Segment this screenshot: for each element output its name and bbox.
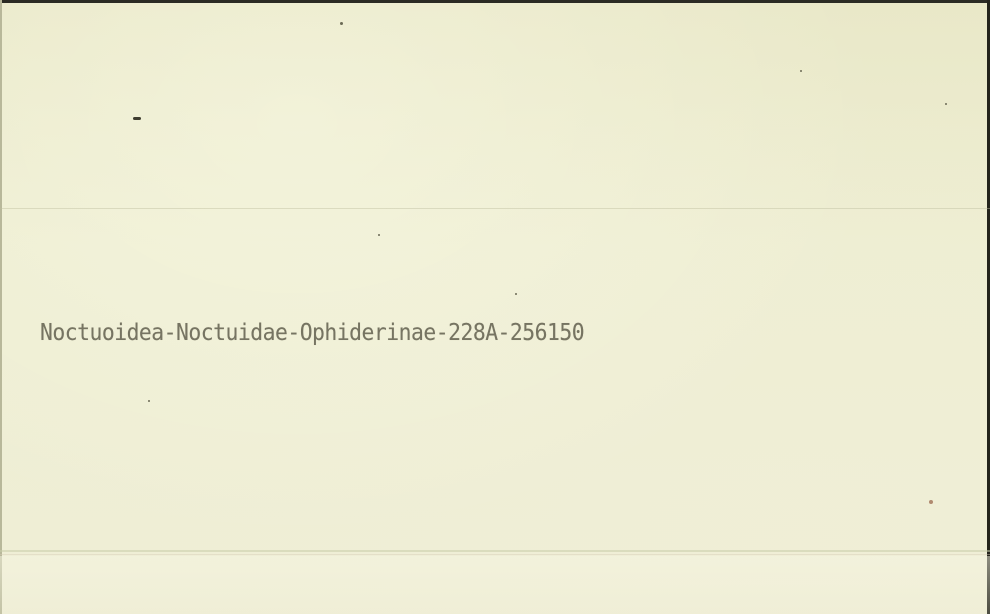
ink-speck xyxy=(378,234,380,236)
card-top-edge xyxy=(0,0,990,3)
bottom-ruled-line xyxy=(0,550,990,552)
ink-speck xyxy=(133,117,141,120)
taxonomy-label: Noctuoidea-Noctuidae-Ophiderinae-228A-25… xyxy=(40,320,584,346)
ink-speck xyxy=(945,103,947,105)
card-bottom-band xyxy=(0,556,990,614)
index-card: Noctuoidea-Noctuidae-Ophiderinae-228A-25… xyxy=(0,0,990,614)
ink-speck xyxy=(800,70,802,72)
ink-speck xyxy=(340,22,343,25)
card-left-edge xyxy=(0,0,2,614)
faint-ruled-line xyxy=(0,208,990,209)
ink-speck xyxy=(148,400,150,402)
bottom-ruled-line-shadow xyxy=(0,554,990,555)
ink-speck xyxy=(515,293,517,295)
stain-speck xyxy=(929,500,933,504)
